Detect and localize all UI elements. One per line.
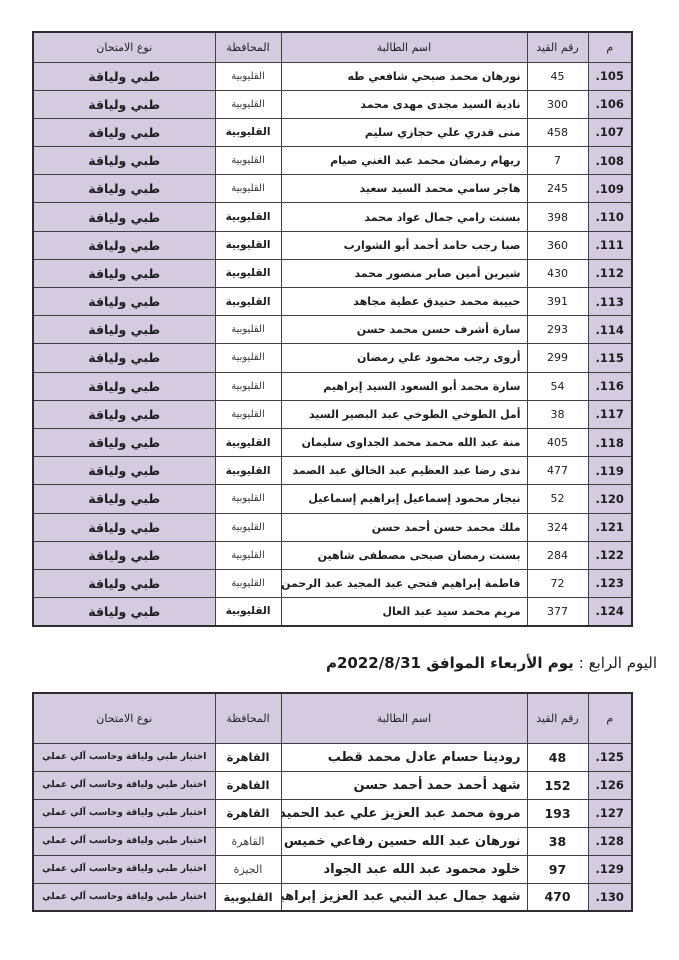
reg-number-cell: 152	[527, 771, 588, 799]
exam-type-cell: اختبار طبي ولياقة وحاسب آلي عملي	[33, 743, 215, 771]
reg-number-cell: 38	[527, 827, 588, 855]
reg-number-cell: 284	[527, 541, 588, 569]
reg-number-cell: 391	[527, 288, 588, 316]
reg-number-cell: 477	[527, 457, 588, 485]
serial-cell: 114.	[588, 316, 632, 344]
col-header-exam-type: نوع الامتحان	[33, 32, 215, 62]
exam-type-cell: اختبار طبي ولياقة وحاسب آلي عملي	[33, 827, 215, 855]
reg-number-cell: 52	[527, 485, 588, 513]
serial-cell: 122.	[588, 541, 632, 569]
exam-type-cell: اختبار طبي ولياقة وحاسب آلي عملي	[33, 799, 215, 827]
exam-type-cell: طبي ولياقة	[33, 400, 215, 428]
governorate-cell: القليوبية	[215, 344, 281, 372]
reg-number-cell: 405	[527, 428, 588, 456]
student-name-cell: نيجار محمود إسماعيل إبراهيم إسماعيل	[281, 485, 527, 513]
student-name-cell: نورهان عبد الله حسين رفاعي خميس	[281, 827, 527, 855]
reg-number-cell: 193	[527, 799, 588, 827]
exam-type-cell: طبي ولياقة	[33, 372, 215, 400]
table-row: 116. 54 سارة محمد أبو السعود السيد إبراه…	[33, 372, 632, 400]
governorate-cell: القليوبية	[215, 62, 281, 90]
student-name-cell: صبا رجب حامد أحمد أبو الشوارب	[281, 231, 527, 259]
governorate-cell: القليوبية	[215, 372, 281, 400]
governorate-cell: القاهرة	[215, 799, 281, 827]
exam-type-cell: طبي ولياقة	[33, 118, 215, 146]
serial-cell: 105.	[588, 62, 632, 90]
exam-type-cell: طبي ولياقة	[33, 288, 215, 316]
serial-cell: 120.	[588, 485, 632, 513]
serial-cell: 108.	[588, 147, 632, 175]
reg-number-cell: 377	[527, 598, 588, 626]
table-row: 113. 391 حبيبة محمد حنيدق عطية مجاهد الق…	[33, 288, 632, 316]
table-row: 106. 300 نادية السيد مجدى مهدى محمد القل…	[33, 90, 632, 118]
exam-type-cell: طبي ولياقة	[33, 541, 215, 569]
reg-number-cell: 38	[527, 400, 588, 428]
serial-cell: 128.	[588, 827, 632, 855]
reg-number-cell: 72	[527, 569, 588, 597]
student-name-cell: ملك محمد حسن أحمد حسن	[281, 513, 527, 541]
table-row: 105. 45 نورهان محمد صبحي شافعي طه القليو…	[33, 62, 632, 90]
student-name-cell: أروى رجب محمود علي رمضان	[281, 344, 527, 372]
student-name-cell: ريهام رمضان محمد عبد الغني صيام	[281, 147, 527, 175]
exam-type-cell: طبي ولياقة	[33, 598, 215, 626]
table-row: 110. 398 بسنت رامي جمال عواد محمد القليو…	[33, 203, 632, 231]
reg-number-cell: 300	[527, 90, 588, 118]
reg-number-cell: 398	[527, 203, 588, 231]
student-name-cell: مريم محمد سيد عبد العال	[281, 598, 527, 626]
exam-type-cell: طبي ولياقة	[33, 259, 215, 287]
governorate-cell: القليوبية	[215, 288, 281, 316]
serial-cell: 111.	[588, 231, 632, 259]
exam-type-cell: طبي ولياقة	[33, 513, 215, 541]
serial-cell: 124.	[588, 598, 632, 626]
student-name-cell: خلود محمود عبد الله عبد الجواد	[281, 855, 527, 883]
exam-schedule-document: م رقم القيد اسم الطالبة المحافظة نوع الا…	[0, 0, 679, 960]
day-heading-prefix: اليوم الرابع :	[579, 654, 657, 672]
reg-number-cell: 470	[527, 883, 588, 911]
student-name-cell: منة عبد الله محمد محمد الجداوى سليمان	[281, 428, 527, 456]
reg-number-cell: 324	[527, 513, 588, 541]
serial-cell: 113.	[588, 288, 632, 316]
governorate-cell: القاهرة	[215, 743, 281, 771]
student-name-cell: رودينا حسام عادل محمد قطب	[281, 743, 527, 771]
serial-cell: 130.	[588, 883, 632, 911]
governorate-cell: القليوبية	[215, 400, 281, 428]
day-heading-date: يوم الأربعاء الموافق 2022/8/31م	[326, 654, 574, 672]
serial-cell: 115.	[588, 344, 632, 372]
table-row: 107. 458 منى قدري علي حجازي سليم القليوب…	[33, 118, 632, 146]
exam-type-cell: طبي ولياقة	[33, 569, 215, 597]
table-row: 130. 470 شهد جمال عبد النبي عبد العزيز إ…	[33, 883, 632, 911]
governorate-cell: القليوبية	[215, 259, 281, 287]
exam-type-cell: اختبار طبي ولياقة وحاسب آلي عملي	[33, 883, 215, 911]
serial-cell: 129.	[588, 855, 632, 883]
col-header-governorate: المحافظة	[215, 693, 281, 743]
reg-number-cell: 45	[527, 62, 588, 90]
table-row: 114. 293 سارة أشرف حسن محمد حسن القليوبي…	[33, 316, 632, 344]
reg-number-cell: 54	[527, 372, 588, 400]
table-row: 124. 377 مريم محمد سيد عبد العال القليوب…	[33, 598, 632, 626]
governorate-cell: القليوبية	[215, 569, 281, 597]
governorate-cell: القليوبية	[215, 598, 281, 626]
table-row: 119. 477 ندى رضا عبد العظيم عبد الخالق ع…	[33, 457, 632, 485]
student-name-cell: سارة محمد أبو السعود السيد إبراهيم	[281, 372, 527, 400]
exam-type-cell: طبي ولياقة	[33, 175, 215, 203]
governorate-cell: القليوبية	[215, 457, 281, 485]
governorate-cell: القليوبية	[215, 513, 281, 541]
col-header-serial: م	[588, 32, 632, 62]
exam-type-cell: اختبار طبي ولياقة وحاسب آلي عملي	[33, 771, 215, 799]
exam-type-cell: اختبار طبي ولياقة وحاسب آلي عملي	[33, 855, 215, 883]
serial-cell: 116.	[588, 372, 632, 400]
col-header-student-name: اسم الطالبة	[281, 693, 527, 743]
student-name-cell: ندى رضا عبد العظيم عبد الخالق عبد الصمد	[281, 457, 527, 485]
student-name-cell: نورهان محمد صبحي شافعي طه	[281, 62, 527, 90]
exam-type-cell: طبي ولياقة	[33, 62, 215, 90]
serial-cell: 127.	[588, 799, 632, 827]
table-header-row: م رقم القيد اسم الطالبة المحافظة نوع الا…	[33, 693, 632, 743]
col-header-governorate: المحافظة	[215, 32, 281, 62]
student-name-cell: شهد أحمد حمد أحمد حسن	[281, 771, 527, 799]
exam-type-cell: طبي ولياقة	[33, 428, 215, 456]
exam-type-cell: طبي ولياقة	[33, 344, 215, 372]
serial-cell: 119.	[588, 457, 632, 485]
reg-number-cell: 245	[527, 175, 588, 203]
table-row: 126. 152 شهد أحمد حمد أحمد حسن القاهرة ا…	[33, 771, 632, 799]
governorate-cell: القاهرة	[215, 771, 281, 799]
serial-cell: 125.	[588, 743, 632, 771]
serial-cell: 112.	[588, 259, 632, 287]
students-table-day3: م رقم القيد اسم الطالبة المحافظة نوع الا…	[32, 31, 633, 627]
reg-number-cell: 360	[527, 231, 588, 259]
governorate-cell: القاهرة	[215, 827, 281, 855]
table-row: 129. 97 خلود محمود عبد الله عبد الجواد ا…	[33, 855, 632, 883]
governorate-cell: القليوبية	[215, 428, 281, 456]
col-header-serial: م	[588, 693, 632, 743]
reg-number-cell: 430	[527, 259, 588, 287]
table-row: 120. 52 نيجار محمود إسماعيل إبراهيم إسما…	[33, 485, 632, 513]
serial-cell: 118.	[588, 428, 632, 456]
exam-type-cell: طبي ولياقة	[33, 90, 215, 118]
governorate-cell: القليوبية	[215, 883, 281, 911]
governorate-cell: القليوبية	[215, 118, 281, 146]
col-header-reg-no: رقم القيد	[527, 693, 588, 743]
student-name-cell: منى قدري علي حجازي سليم	[281, 118, 527, 146]
table-row: 127. 193 مروة محمد عبد العزيز علي عبد ال…	[33, 799, 632, 827]
exam-type-cell: طبي ولياقة	[33, 203, 215, 231]
table-row: 112. 430 شيرين أمين صابر منصور محمد القل…	[33, 259, 632, 287]
table-row: 122. 284 بسنت رمضان صبحى مصطفى شاهين الق…	[33, 541, 632, 569]
student-name-cell: سارة أشرف حسن محمد حسن	[281, 316, 527, 344]
exam-type-cell: طبي ولياقة	[33, 316, 215, 344]
exam-type-cell: طبي ولياقة	[33, 231, 215, 259]
day-heading: اليوم الرابع :يوم الأربعاء الموافق 2022/…	[326, 654, 657, 672]
student-name-cell: شهد جمال عبد النبي عبد العزيز إبراهيم	[281, 883, 527, 911]
student-name-cell: نادية السيد مجدى مهدى محمد	[281, 90, 527, 118]
serial-cell: 117.	[588, 400, 632, 428]
serial-cell: 123.	[588, 569, 632, 597]
exam-type-cell: طبي ولياقة	[33, 485, 215, 513]
student-name-cell: أمل الطوخي الطوخي عبد البصير السيد	[281, 400, 527, 428]
governorate-cell: القليوبية	[215, 147, 281, 175]
student-name-cell: فاطمة إبراهيم فتحي عبد المجيد عبد الرحمن	[281, 569, 527, 597]
exam-type-cell: طبي ولياقة	[33, 147, 215, 175]
serial-cell: 110.	[588, 203, 632, 231]
student-name-cell: شيرين أمين صابر منصور محمد	[281, 259, 527, 287]
governorate-cell: القليوبية	[215, 316, 281, 344]
table-row: 117. 38 أمل الطوخي الطوخي عبد البصير الس…	[33, 400, 632, 428]
table-row: 125. 48 رودينا حسام عادل محمد قطب القاهر…	[33, 743, 632, 771]
table-row: 121. 324 ملك محمد حسن أحمد حسن القليوبية…	[33, 513, 632, 541]
table-header-row: م رقم القيد اسم الطالبة المحافظة نوع الا…	[33, 32, 632, 62]
col-header-reg-no: رقم القيد	[527, 32, 588, 62]
student-name-cell: حبيبة محمد حنيدق عطية مجاهد	[281, 288, 527, 316]
students-table-day4: م رقم القيد اسم الطالبة المحافظة نوع الا…	[32, 692, 633, 912]
table-row: 108. 7 ريهام رمضان محمد عبد الغني صيام ا…	[33, 147, 632, 175]
reg-number-cell: 458	[527, 118, 588, 146]
table-row: 123. 72 فاطمة إبراهيم فتحي عبد المجيد عب…	[33, 569, 632, 597]
exam-type-cell: طبي ولياقة	[33, 457, 215, 485]
student-name-cell: مروة محمد عبد العزيز علي عبد الحميد	[281, 799, 527, 827]
student-name-cell: هاجر سامي محمد السيد سعيد	[281, 175, 527, 203]
col-header-exam-type: نوع الامتحان	[33, 693, 215, 743]
governorate-cell: القليوبية	[215, 541, 281, 569]
reg-number-cell: 293	[527, 316, 588, 344]
serial-cell: 121.	[588, 513, 632, 541]
reg-number-cell: 299	[527, 344, 588, 372]
governorate-cell: القليوبية	[215, 175, 281, 203]
table-row: 109. 245 هاجر سامي محمد السيد سعيد القلي…	[33, 175, 632, 203]
col-header-student-name: اسم الطالبة	[281, 32, 527, 62]
serial-cell: 126.	[588, 771, 632, 799]
serial-cell: 107.	[588, 118, 632, 146]
governorate-cell: الجيزة	[215, 855, 281, 883]
table-row: 115. 299 أروى رجب محمود علي رمضان القليو…	[33, 344, 632, 372]
serial-cell: 106.	[588, 90, 632, 118]
reg-number-cell: 97	[527, 855, 588, 883]
serial-cell: 109.	[588, 175, 632, 203]
governorate-cell: القليوبية	[215, 231, 281, 259]
reg-number-cell: 7	[527, 147, 588, 175]
table-row: 128. 38 نورهان عبد الله حسين رفاعي خميس …	[33, 827, 632, 855]
governorate-cell: القليوبية	[215, 203, 281, 231]
table-row: 111. 360 صبا رجب حامد أحمد أبو الشوارب ا…	[33, 231, 632, 259]
reg-number-cell: 48	[527, 743, 588, 771]
student-name-cell: بسنت رمضان صبحى مصطفى شاهين	[281, 541, 527, 569]
table-row: 118. 405 منة عبد الله محمد محمد الجداوى …	[33, 428, 632, 456]
governorate-cell: القليوبية	[215, 90, 281, 118]
governorate-cell: القليوبية	[215, 485, 281, 513]
student-name-cell: بسنت رامي جمال عواد محمد	[281, 203, 527, 231]
